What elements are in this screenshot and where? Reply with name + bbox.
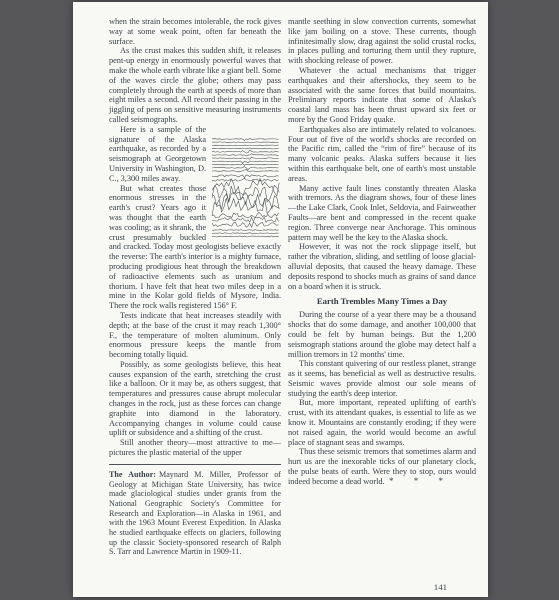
left-column: when the strain becomes intolerable, the… xyxy=(109,17,281,557)
two-column-layout: when the strain becomes intolerable, the… xyxy=(109,17,476,557)
paragraph: Earthquakes also are intimately related … xyxy=(288,125,476,184)
author-box: The Author:Maynard M. Miller, Professor … xyxy=(109,464,281,557)
author-bio: Maynard M. Miller, Professor of Geology … xyxy=(109,470,281,557)
paragraph-text: Here is a sample of the signature of the… xyxy=(109,125,206,183)
paragraph: However, it was not the rock slippage it… xyxy=(288,242,476,291)
paragraph: As the crust makes this sudden shift, it… xyxy=(109,46,281,124)
paragraph: Possibly, as some geologists believe, th… xyxy=(109,360,281,438)
paragraph: But, more important, repeated uplifting … xyxy=(288,398,476,447)
section-heading: Earth Trembles Many Times a Day xyxy=(288,296,476,306)
paragraph: During the course of a year there may be… xyxy=(288,310,476,359)
magazine-page: when the strain becomes intolerable, the… xyxy=(73,2,488,597)
paragraph: Many active fault lines constantly threa… xyxy=(288,184,476,243)
paragraph: mantle seething in slow convection curre… xyxy=(288,17,476,66)
page-number: 141 xyxy=(434,582,447,592)
end-of-article-marker: * * * xyxy=(389,477,452,487)
paragraph: when the strain becomes intolerable, the… xyxy=(109,17,281,46)
author-label: The Author: xyxy=(109,470,156,479)
right-column: mantle seething in slow convection curre… xyxy=(288,17,476,557)
paragraph: Tests indicate that heat increases stead… xyxy=(109,311,281,360)
paragraph-with-figure: Here is a sample of the signature of the… xyxy=(109,125,281,184)
paragraph: Thus these seismic tremors that sometime… xyxy=(288,447,476,486)
paragraph: Still another theory—most attractive to … xyxy=(109,438,281,458)
paragraph: This constant quivering of our restless … xyxy=(288,359,476,398)
seismograph-trace-icon xyxy=(211,136,281,239)
paragraph: Whatever the actual mechanisms that trig… xyxy=(288,66,476,125)
